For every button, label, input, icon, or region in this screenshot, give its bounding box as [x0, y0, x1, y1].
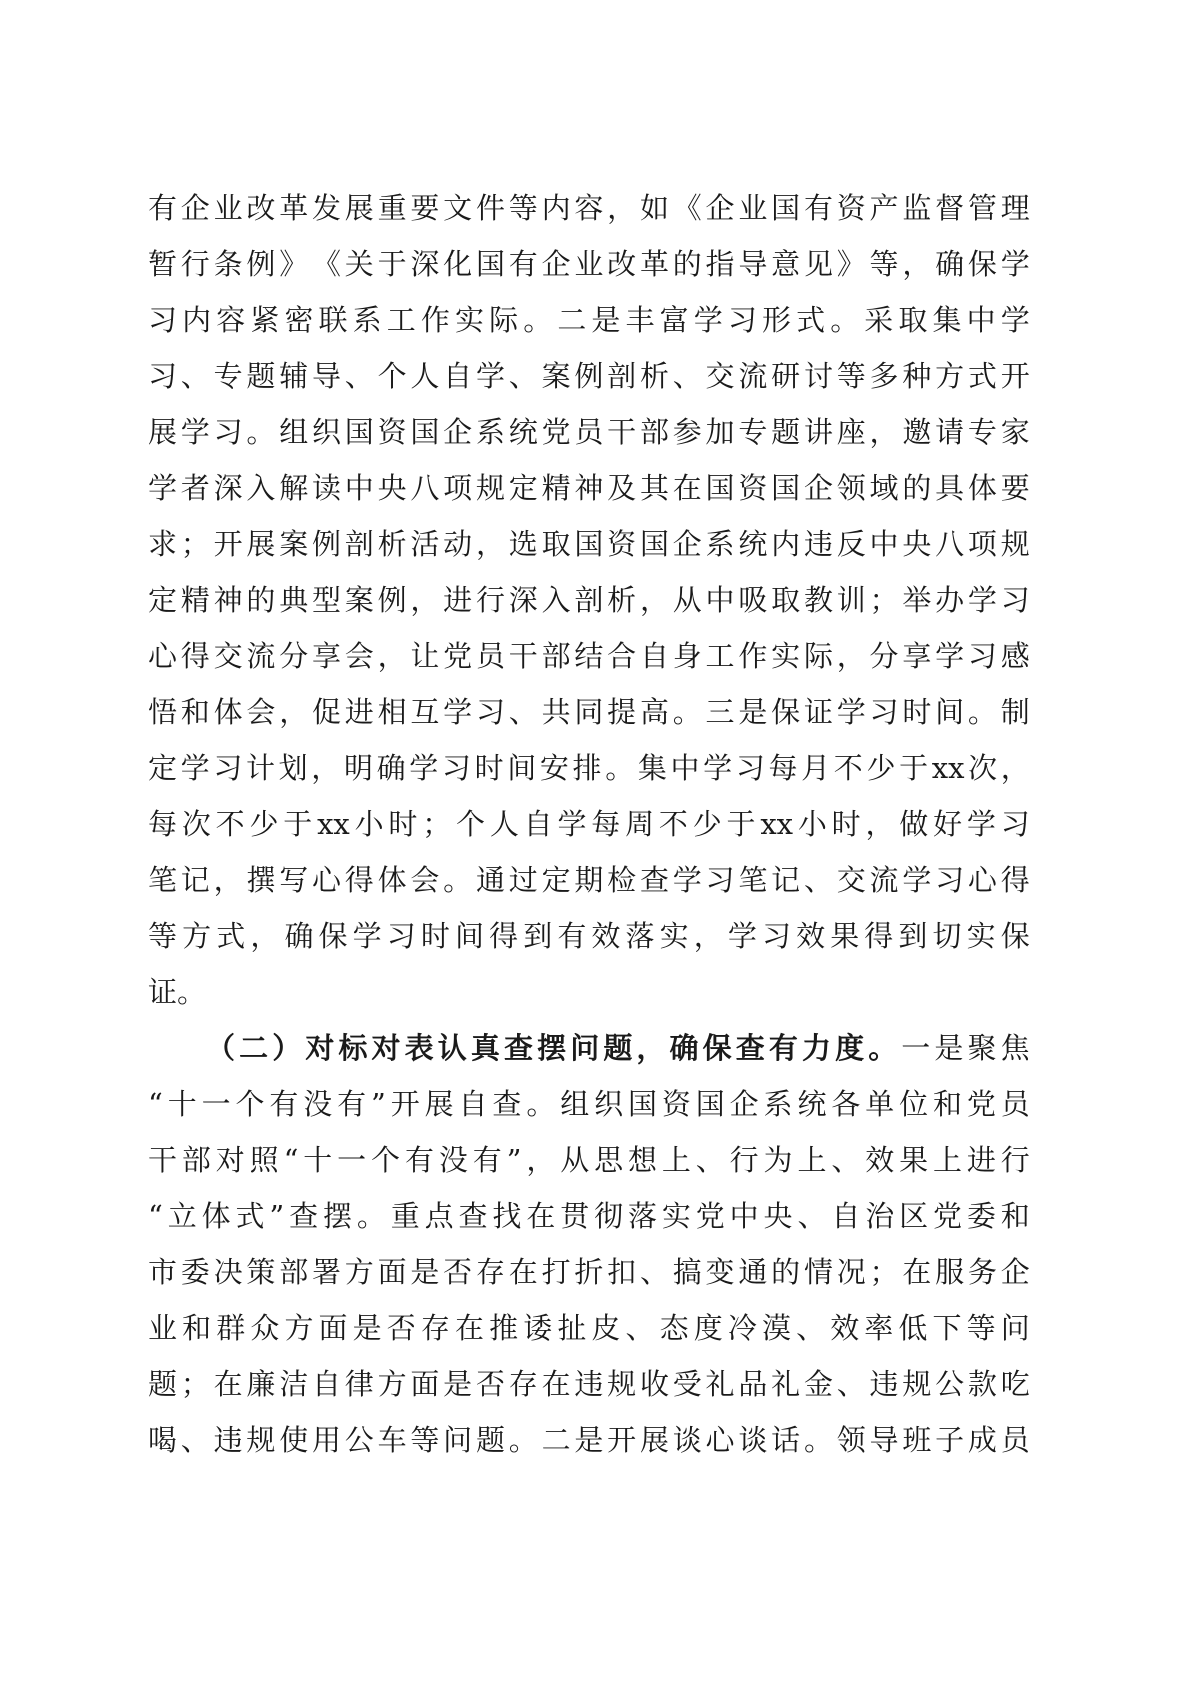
- text-line: 每次不少于xx小时；个人自学每周不少于xx小时，做好学习: [148, 796, 1030, 852]
- text-line: 有企业改革发展重要文件等内容，如《企业国有资产监督管理: [148, 180, 1030, 236]
- text-line: “立体式”查摆。重点查找在贯彻落实党中央、自治区党委和: [148, 1188, 1030, 1244]
- text-line: 求；开展案例剖析活动，选取国资国企系统内违反中央八项规: [148, 516, 1030, 572]
- text-line: 习、专题辅导、个人自学、案例剖析、交流研讨等多种方式开: [148, 348, 1030, 404]
- text-line: 悟和体会，促进相互学习、共同提高。三是保证学习时间。制: [148, 684, 1030, 740]
- document-page: 有企业改革发展重要文件等内容，如《企业国有资产监督管理 暂行条例》《关于深化国有…: [0, 0, 1190, 1683]
- text-line: 等方式，确保学习时间得到有效落实，学习效果得到切实保: [148, 908, 1030, 964]
- text-line: 习内容紧密联系工作实际。二是丰富学习形式。采取集中学: [148, 292, 1030, 348]
- text-line: 喝、违规使用公车等问题。二是开展谈心谈话。领导班子成员: [148, 1412, 1030, 1468]
- text-line: 学者深入解读中央八项规定精神及其在国资国企领域的具体要: [148, 460, 1030, 516]
- text-line: 定精神的典型案例，进行深入剖析，从中吸取教训；举办学习: [148, 572, 1030, 628]
- text-line: 笔记，撰写心得体会。通过定期检查学习笔记、交流学习心得: [148, 852, 1030, 908]
- text-line: “十一个有没有”开展自查。组织国资国企系统各单位和党员: [148, 1076, 1030, 1132]
- text-line: 题；在廉洁自律方面是否存在违规收受礼品礼金、违规公款吃: [148, 1356, 1030, 1412]
- text-line: 干部对照“十一个有没有”，从思想上、行为上、效果上进行: [148, 1132, 1030, 1188]
- text-line: 暂行条例》《关于深化国有企业改革的指导意见》等，确保学: [148, 236, 1030, 292]
- text-line: 业和群众方面是否存在推诿扯皮、态度冷漠、效率低下等问: [148, 1300, 1030, 1356]
- text-line: 市委决策部署方面是否存在打折扣、搞变通的情况；在服务企: [148, 1244, 1030, 1300]
- text-line: 心得交流分享会，让党员干部结合自身工作实际，分享学习感: [148, 628, 1030, 684]
- text-line: 证。: [148, 964, 1030, 1020]
- section-heading-line: （二）对标对表认真查摆问题，确保查有力度。 一是聚焦: [148, 1020, 1030, 1076]
- body-text: 有企业改革发展重要文件等内容，如《企业国有资产监督管理 暂行条例》《关于深化国有…: [148, 180, 1030, 1468]
- text-line: 定学习计划，明确学习时间安排。集中学习每月不少于xx次，: [148, 740, 1030, 796]
- text-line: 展学习。组织国资国企系统党员干部参加专题讲座，邀请专家: [148, 404, 1030, 460]
